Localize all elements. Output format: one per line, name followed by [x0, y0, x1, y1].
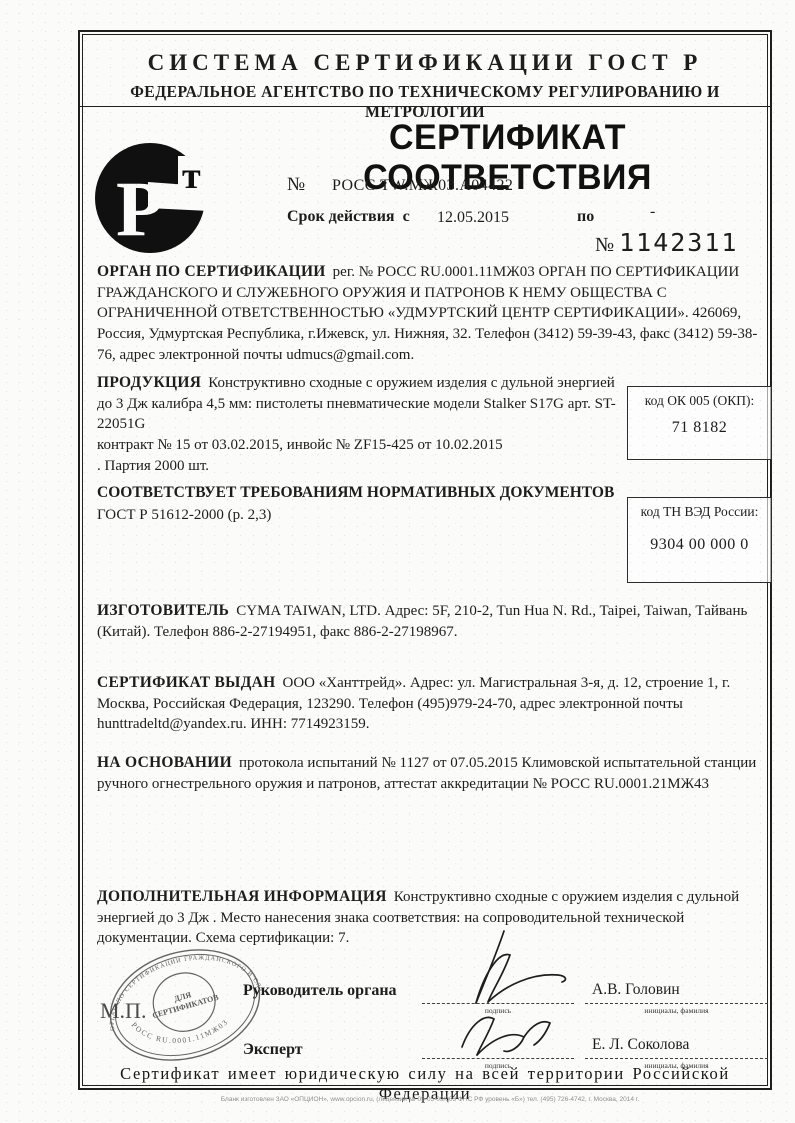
certification-body-label: ОРГАН ПО СЕРТИФИКАЦИИ	[97, 263, 326, 280]
basis-section: НА ОСНОВАНИИпротокола испытаний № 1127 о…	[97, 752, 767, 794]
okp-code-value: 71 8182	[628, 419, 771, 437]
certification-body-section: ОРГАН ПО СЕРТИФИКАЦИИрег. № РОСС RU.0001…	[97, 261, 773, 365]
certificate-page: { "header": { "system_title": "СИСТЕМА С…	[0, 0, 795, 1123]
conformity-standard: ГОСТ Р 51612-2000 (р. 2,3)	[97, 505, 617, 526]
system-title: СИСТЕМА СЕРТИФИКАЦИИ ГОСТ Р	[80, 50, 770, 76]
cert-number-value: РОСС TW.МЖ03.А04422	[332, 177, 513, 195]
basis-label: НА ОСНОВАНИИ	[97, 754, 232, 771]
validity-to-label: по	[577, 208, 594, 226]
agency-title: ФЕДЕРАЛЬНОЕ АГЕНТСТВО ПО ТЕХНИЧЕСКОМУ РЕ…	[94, 82, 756, 122]
head-role-label: Руководитель органа	[243, 982, 397, 1000]
head-name: А.В. Головин	[592, 981, 680, 999]
manufacturer-label: ИЗГОТОВИТЕЛЬ	[97, 602, 229, 619]
manufacturer-section: ИЗГОТОВИТЕЛЬCYMA TAIWAN, LTD. Адрес: 5F,…	[97, 600, 767, 642]
blank-number-digits: 1142311	[619, 228, 738, 257]
conformity-section: СООТВЕТСТВУЕТ ТРЕБОВАНИЯМ НОРМАТИВНЫХ ДО…	[97, 482, 617, 526]
logo-letter-t: т	[182, 155, 201, 197]
additional-info-label: ДОПОЛНИТЕЛЬНАЯ ИНФОРМАЦИЯ	[97, 888, 387, 905]
expert-role-label: Эксперт	[243, 1041, 303, 1059]
validity-from-date: 12.05.2015	[437, 209, 509, 227]
product-paragraph: ПРОДУКЦИЯКонструктивно сходные с оружием…	[97, 372, 625, 435]
logo-letter-p: Р	[116, 165, 164, 252]
head-signature	[476, 931, 565, 1003]
head-name-caption: инициалы, фамилия	[585, 1006, 768, 1015]
head-signature-caption: подпись	[422, 1006, 574, 1015]
head-name-line	[585, 1003, 768, 1004]
expert-name: Е. Л. Соколова	[592, 1036, 689, 1054]
stamp-mp-mark: М.П.	[100, 998, 146, 1023]
blank-print-info: Бланк изготовлен ЗАО «ОПЦИОН», www.opcio…	[150, 1096, 710, 1103]
expert-name-line	[585, 1058, 768, 1059]
blank-number-sign: №	[595, 234, 614, 256]
expert-signature	[462, 1017, 550, 1055]
signatures-overlay	[400, 925, 600, 1070]
validity-to-value: -	[650, 203, 655, 221]
product-section: ПРОДУКЦИЯКонструктивно сходные с оружием…	[97, 372, 625, 476]
tnved-code-label: код ТН ВЭД России:	[628, 504, 771, 520]
expert-signature-line	[422, 1058, 574, 1059]
issued-to-label: СЕРТИФИКАТ ВЫДАН	[97, 674, 276, 691]
validity-label: Срок действия с	[287, 208, 410, 226]
tnved-code-value: 9304 00 000 0	[628, 536, 771, 554]
header-divider	[80, 106, 770, 107]
okp-code-box: код ОК 005 (ОКП): 71 8182	[627, 386, 772, 460]
product-batch-line: . Партия 2000 шт.	[97, 456, 625, 477]
blank-number: № 1142311	[595, 228, 738, 257]
tnved-code-box: код ТН ВЭД России: 9304 00 000 0	[627, 497, 772, 583]
issued-to-section: СЕРТИФИКАТ ВЫДАНООО «Ханттрейд». Адрес: …	[97, 672, 767, 735]
head-signature-line	[422, 1003, 574, 1004]
product-label: ПРОДУКЦИЯ	[97, 374, 201, 391]
rst-conformity-mark-icon: Р т	[88, 142, 230, 256]
cert-number-sign: №	[287, 174, 305, 196]
product-contract-line: контракт № 15 от 03.02.2015, инвойс № ZF…	[97, 435, 625, 456]
okp-code-label: код ОК 005 (ОКП):	[628, 393, 771, 409]
conformity-label: СООТВЕТСТВУЕТ ТРЕБОВАНИЯМ НОРМАТИВНЫХ ДО…	[97, 482, 617, 503]
